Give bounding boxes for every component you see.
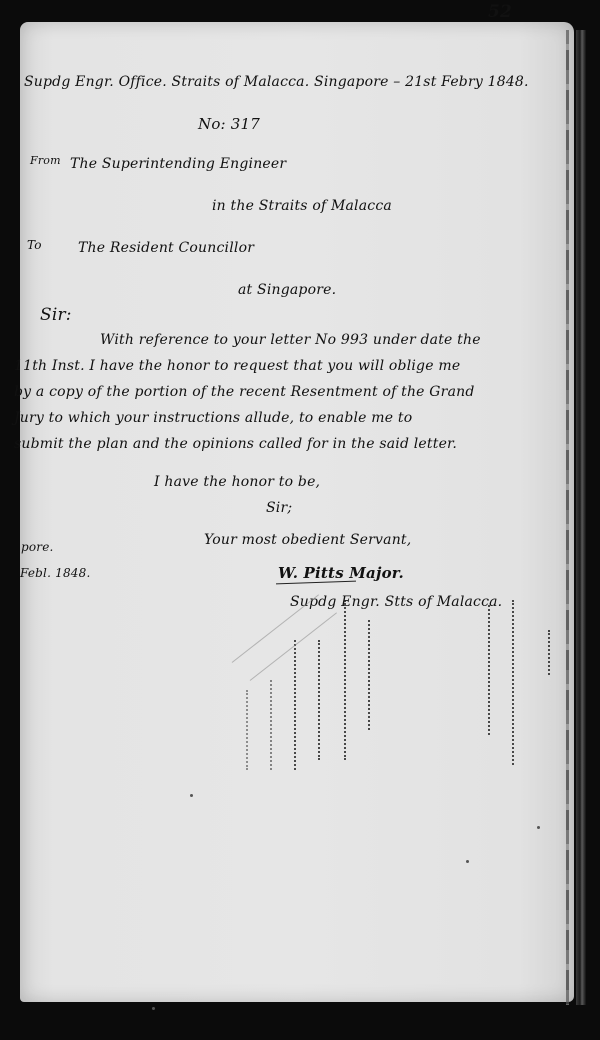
bleed-through-mark <box>318 640 322 760</box>
margin-note-line-1: pore. <box>21 540 54 554</box>
closing-line-3: Your most obedient Servant, <box>204 532 411 548</box>
signature-title: Supdg Engr. Stts of Malacca. <box>290 594 502 610</box>
from-label: From <box>30 154 61 167</box>
letter-number: No: 317 <box>198 115 260 133</box>
recipient-line-2: at Singapore. <box>238 282 336 298</box>
to-label: To <box>27 238 42 252</box>
body-line: by a copy of the portion of the recent R… <box>14 384 475 400</box>
paper-speck <box>152 1007 155 1010</box>
body-line: With reference to your letter No 993 und… <box>100 332 481 348</box>
closing-line-2: Sir; <box>266 500 292 516</box>
margin-note-line-2: Febl. 1848. <box>20 566 90 580</box>
paper-speck <box>537 826 540 829</box>
bleed-through-mark <box>368 620 372 730</box>
bleed-through-mark <box>548 630 552 675</box>
page-number: 52 <box>488 2 512 22</box>
salutation: Sir: <box>40 305 72 325</box>
body-line: Jury to which your instructions allude, … <box>14 410 412 426</box>
signature-name: W. Pitts Major. <box>278 564 404 582</box>
bleed-through-mark <box>294 640 298 770</box>
sender-line-1: The Superintending Engineer <box>70 156 286 172</box>
closing-line-1: I have the honor to be, <box>154 474 320 490</box>
bleed-through-mark <box>344 600 348 760</box>
bleed-through-mark <box>488 605 492 735</box>
book-binding <box>576 30 586 1005</box>
bleed-through-mark <box>270 680 274 770</box>
scanned-page-frame: 52 Supdg Engr. Office. Straits of Malacc… <box>0 0 600 1040</box>
bleed-through-mark <box>512 600 516 765</box>
paper-speck <box>466 860 469 863</box>
sender-line-2: in the Straits of Malacca <box>212 198 392 214</box>
recipient-line-1: The Resident Councillor <box>78 240 254 256</box>
body-line: 11th Inst. I have the honor to request t… <box>14 358 460 374</box>
body-line: submit the plan and the opinions called … <box>14 436 457 452</box>
letter-heading: Supdg Engr. Office. Straits of Malacca. … <box>24 74 529 90</box>
paper-speck <box>190 794 193 797</box>
bleed-through-mark <box>246 690 250 770</box>
page-edge <box>566 30 569 1005</box>
